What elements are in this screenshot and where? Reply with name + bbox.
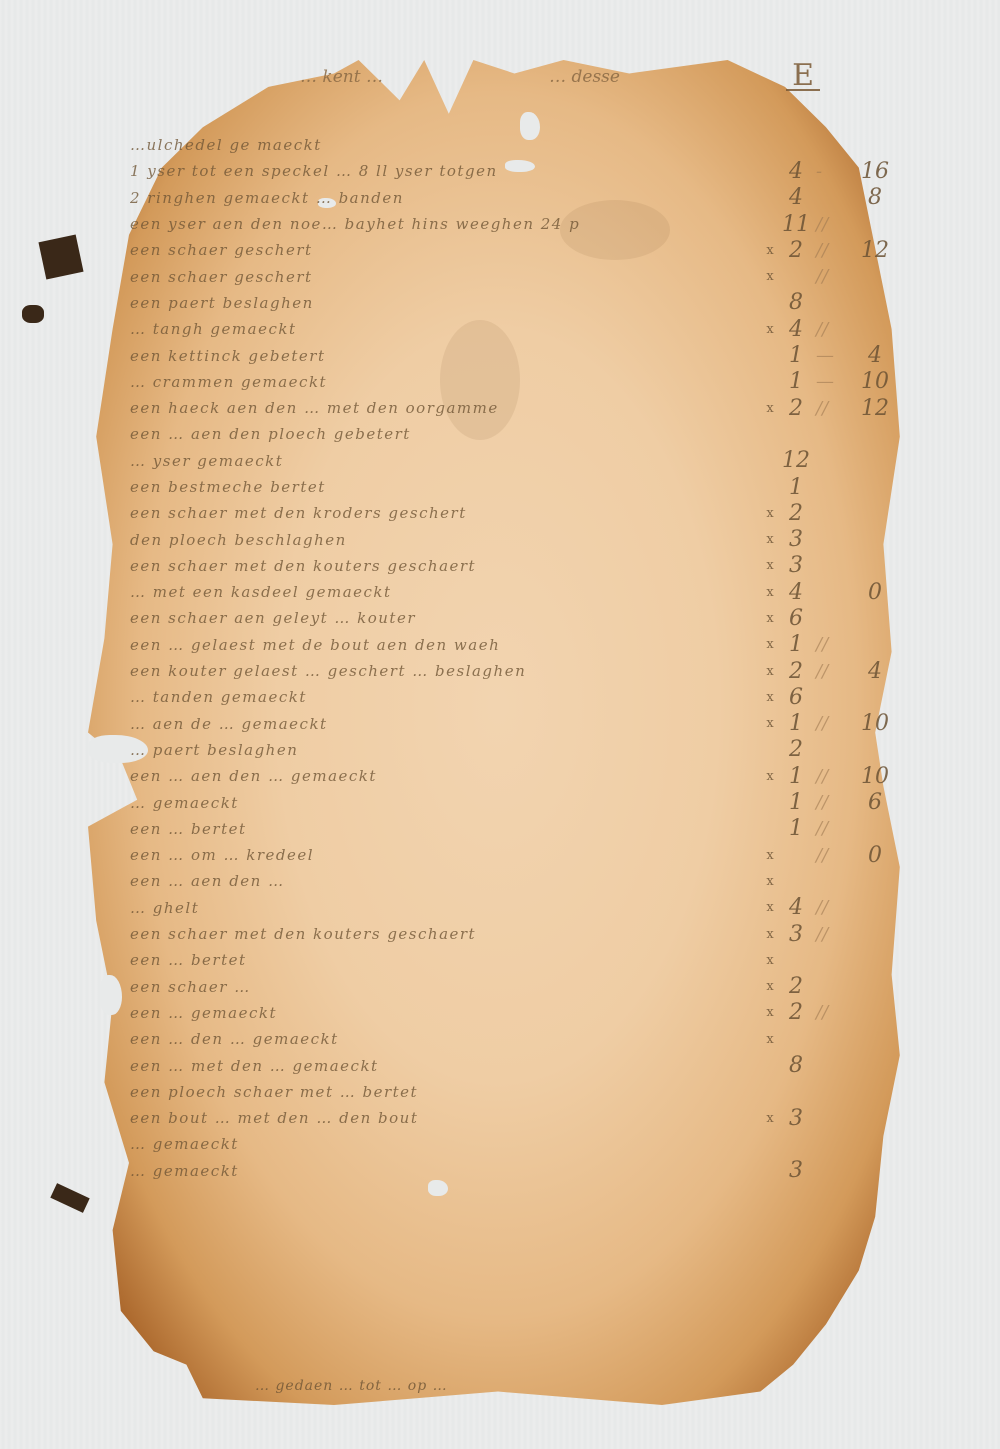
entry-amount: 10: [850, 711, 900, 736]
entry-amount: 6: [850, 790, 900, 815]
ledger-row: … met een kasdeel gemaecktx40: [130, 579, 920, 605]
entry-text: den ploech beschlaghen: [130, 531, 760, 549]
entry-text: een schaer …: [130, 978, 760, 996]
entry-mark: x: [762, 585, 778, 600]
entry-quantity: 4: [778, 580, 814, 605]
ledger-row: een schaer …x2: [130, 974, 920, 1000]
footer-line: … gedaen … tot … op …: [255, 1378, 815, 1394]
entry-quantity: 8: [778, 1053, 814, 1078]
ledger-row: … paert beslaghen2: [130, 737, 920, 763]
entry-tick: //: [816, 924, 846, 945]
entry-quantity: 6: [778, 685, 814, 710]
ledger-row: den ploech beschlaghenx3: [130, 526, 920, 552]
entry-text: … tanden gemaeckt: [130, 688, 760, 706]
entry-text: een kettinck gebetert: [130, 347, 760, 365]
ledger-row: 2 ringhen gemaeckt … banden48: [130, 185, 920, 211]
ledger-row: een … aen den … gemaecktx1//10: [130, 763, 920, 789]
entry-quantity: 1: [778, 369, 814, 394]
entry-text: een schaer geschert: [130, 241, 760, 259]
entry-tick: //: [816, 266, 846, 287]
entry-amount: 12: [850, 396, 900, 421]
entry-text: een bout … met den … den bout: [130, 1109, 760, 1127]
entry-quantity: 2: [778, 501, 814, 526]
entry-mark: x: [762, 506, 778, 521]
entry-quantity: 3: [778, 553, 814, 578]
entry-tick: —: [816, 371, 846, 392]
entry-quantity: 1: [778, 711, 814, 736]
ledger-row: een schaer aen geleyt … kouterx6: [130, 605, 920, 631]
entry-text: een haeck aen den … met den oorgamme: [130, 399, 760, 417]
entry-amount: 4: [850, 343, 900, 368]
entry-quantity: 2: [778, 974, 814, 999]
entry-text: … yser gemaeckt: [130, 452, 760, 470]
entry-mark: x: [762, 690, 778, 705]
entry-quantity: 4: [778, 317, 814, 342]
entry-mark: x: [762, 848, 778, 863]
ledger-row: een schaer geschertx//: [130, 263, 920, 289]
entry-quantity: 2: [778, 396, 814, 421]
entry-mark: x: [762, 637, 778, 652]
ledger-row: een … bertet1//: [130, 816, 920, 842]
entry-quantity: 12: [778, 448, 814, 473]
ledger-row: een … den … gemaecktx: [130, 1026, 920, 1052]
ledger-row: een … met den … gemaeckt8: [130, 1052, 920, 1078]
entry-tick: //: [816, 1002, 846, 1023]
entry-tick: //: [816, 792, 846, 813]
entry-text: een … aen den …: [130, 872, 760, 890]
ledger-row: …ulchedel ge maeckt: [130, 132, 920, 158]
ledger-row: een … bertetx: [130, 947, 920, 973]
entry-text: een … gelaest met de bout aen den waeh: [130, 636, 760, 654]
entry-mark: x: [762, 953, 778, 968]
entry-tick: -: [816, 161, 846, 182]
ledger-row: een schaer met den kouters geschaertx3: [130, 553, 920, 579]
entry-mark: x: [762, 401, 778, 416]
entry-text: een … aen den … gemaeckt: [130, 767, 760, 785]
entry-tick: //: [816, 766, 846, 787]
entry-quantity: 8: [778, 290, 814, 315]
entry-tick: //: [816, 713, 846, 734]
entry-quantity: 6: [778, 606, 814, 631]
entry-mark: x: [762, 322, 778, 337]
entry-text: een … den … gemaeckt: [130, 1030, 760, 1048]
ledger-row: … tanden gemaecktx6: [130, 684, 920, 710]
page-header: … kent … … desse E: [300, 62, 820, 92]
ledger-row: een yser aen den noe… bayhet hins weeghe…: [130, 211, 920, 237]
ledger-row: … gemaeckt: [130, 1131, 920, 1157]
entry-tick: //: [816, 240, 846, 261]
entry-mark: x: [762, 716, 778, 731]
entry-tick: —: [816, 345, 846, 366]
entry-amount: 0: [850, 580, 900, 605]
entry-quantity: 2: [778, 659, 814, 684]
ledger-row: een schaer met den kouters geschaertx3//: [130, 921, 920, 947]
entry-quantity: 2: [778, 1000, 814, 1025]
entry-text: … tangh gemaeckt: [130, 320, 760, 338]
entry-quantity: 2: [778, 238, 814, 263]
ledger-row: een bout … met den … den boutx3: [130, 1105, 920, 1131]
entry-mark: x: [762, 769, 778, 784]
entry-quantity: 1: [778, 816, 814, 841]
entry-quantity: 3: [778, 527, 814, 552]
entry-text: … gemaeckt: [130, 1135, 760, 1153]
ledger-row: … gemaeckt1//6: [130, 789, 920, 815]
entry-quantity: 3: [778, 922, 814, 947]
entry-text: een schaer aen geleyt … kouter: [130, 609, 760, 627]
entry-text: … aen de … gemaeckt: [130, 715, 760, 733]
ledger-row: een … aen den …x: [130, 868, 920, 894]
entry-mark: x: [762, 1032, 778, 1047]
header-left-text: … kent …: [300, 67, 383, 87]
entry-text: … ghelt: [130, 899, 760, 917]
ledger-row: … crammen gemaeckt1—10: [130, 369, 920, 395]
entry-text: …ulchedel ge maeckt: [130, 136, 760, 154]
entry-quantity: 4: [778, 159, 814, 184]
entry-mark: x: [762, 900, 778, 915]
entry-text: een schaer geschert: [130, 268, 760, 286]
entry-quantity: 1: [778, 475, 814, 500]
entry-mark: x: [762, 269, 778, 284]
entry-text: 2 ringhen gemaeckt … banden: [130, 189, 760, 207]
entry-mark: x: [762, 664, 778, 679]
ledger-row: een ploech schaer met … bertet: [130, 1079, 920, 1105]
entry-amount: 0: [850, 843, 900, 868]
entry-mark: x: [762, 1005, 778, 1020]
entry-text: een … gemaeckt: [130, 1004, 760, 1022]
ledger-row: een … gelaest met de bout aen den waehx1…: [130, 632, 920, 658]
ledger-row: … yser gemaeckt12: [130, 448, 920, 474]
entry-text: een … bertet: [130, 951, 760, 969]
ledger-row: een paert beslaghen8: [130, 290, 920, 316]
ledger-row: … tangh gemaecktx4//: [130, 316, 920, 342]
entry-text: een ploech schaer met … bertet: [130, 1083, 760, 1101]
ledger-row: een kettinck gebetert1—4: [130, 342, 920, 368]
ledger-entries: …ulchedel ge maeckt1 yser tot een specke…: [130, 132, 920, 1184]
entry-amount: 4: [850, 659, 900, 684]
ledger-row: … gheltx4//: [130, 895, 920, 921]
entry-text: een … om … kredeel: [130, 846, 760, 864]
entry-quantity: 3: [778, 1158, 814, 1183]
entry-amount: 10: [850, 369, 900, 394]
entry-quantity: 3: [778, 1106, 814, 1131]
entry-quantity: 1: [778, 632, 814, 657]
entry-quantity: 4: [778, 895, 814, 920]
entry-mark: x: [762, 927, 778, 942]
entry-text: een bestmeche bertet: [130, 478, 760, 496]
entry-mark: x: [762, 243, 778, 258]
entry-text: een … aen den ploech gebetert: [130, 425, 760, 443]
entry-text: … met een kasdeel gemaeckt: [130, 583, 760, 601]
burnt-fragment: [38, 234, 83, 279]
ledger-row: … aen de … gemaecktx1//10: [130, 711, 920, 737]
entry-tick: //: [816, 398, 846, 419]
ledger-row: een haeck aen den … met den oorgammex2//…: [130, 395, 920, 421]
entry-mark: x: [762, 558, 778, 573]
entry-tick: //: [816, 661, 846, 682]
entry-amount: 10: [850, 764, 900, 789]
entry-text: … gemaeckt: [130, 794, 760, 812]
entry-text: een … met den … gemaeckt: [130, 1057, 760, 1075]
entry-text: 1 yser tot een speckel … 8 ll yser totge…: [130, 162, 760, 180]
entry-quantity: 1: [778, 343, 814, 368]
ledger-row: een bestmeche bertet1: [130, 474, 920, 500]
ledger-row: … gemaeckt3: [130, 1158, 920, 1184]
entry-text: een … bertet: [130, 820, 760, 838]
entry-mark: x: [762, 874, 778, 889]
page-letter: E: [786, 63, 820, 91]
entry-tick: //: [816, 319, 846, 340]
entry-quantity: 2: [778, 737, 814, 762]
entry-text: een schaer met den kouters geschaert: [130, 557, 760, 575]
entry-tick: //: [816, 818, 846, 839]
entry-text: een paert beslaghen: [130, 294, 760, 312]
entry-tick: //: [816, 214, 846, 235]
entry-text: … gemaeckt: [130, 1162, 760, 1180]
entry-quantity: 11: [778, 212, 814, 237]
ledger-row: een schaer met den kroders geschertx2: [130, 500, 920, 526]
entry-amount: 12: [850, 238, 900, 263]
ledger-row: een … om … kredeelx//0: [130, 842, 920, 868]
burnt-fragment: [22, 305, 44, 323]
paper-hole: [100, 975, 122, 1015]
entry-text: een kouter gelaest … geschert … beslaghe…: [130, 662, 760, 680]
entry-text: … crammen gemaeckt: [130, 373, 760, 391]
entry-text: een schaer met den kouters geschaert: [130, 925, 760, 943]
entry-mark: x: [762, 979, 778, 994]
entry-amount: 16: [850, 159, 900, 184]
ledger-row: een … gemaecktx2//: [130, 1000, 920, 1026]
entry-tick: //: [816, 845, 846, 866]
entry-quantity: 1: [778, 790, 814, 815]
header-right-text: … desse: [549, 67, 620, 87]
entry-amount: 8: [850, 185, 900, 210]
entry-tick: //: [816, 634, 846, 655]
entry-mark: x: [762, 1111, 778, 1126]
entry-text: een schaer met den kroders geschert: [130, 504, 760, 522]
entry-mark: x: [762, 611, 778, 626]
entry-quantity: 4: [778, 185, 814, 210]
entry-text: … paert beslaghen: [130, 741, 760, 759]
ledger-row: 1 yser tot een speckel … 8 ll yser totge…: [130, 158, 920, 184]
ledger-row: een … aen den ploech gebetert: [130, 421, 920, 447]
ledger-row: een kouter gelaest … geschert … beslaghe…: [130, 658, 920, 684]
ledger-row: een schaer geschertx2//12: [130, 237, 920, 263]
entry-tick: //: [816, 897, 846, 918]
entry-mark: x: [762, 532, 778, 547]
entry-quantity: 1: [778, 764, 814, 789]
entry-text: een yser aen den noe… bayhet hins weeghe…: [130, 215, 760, 233]
